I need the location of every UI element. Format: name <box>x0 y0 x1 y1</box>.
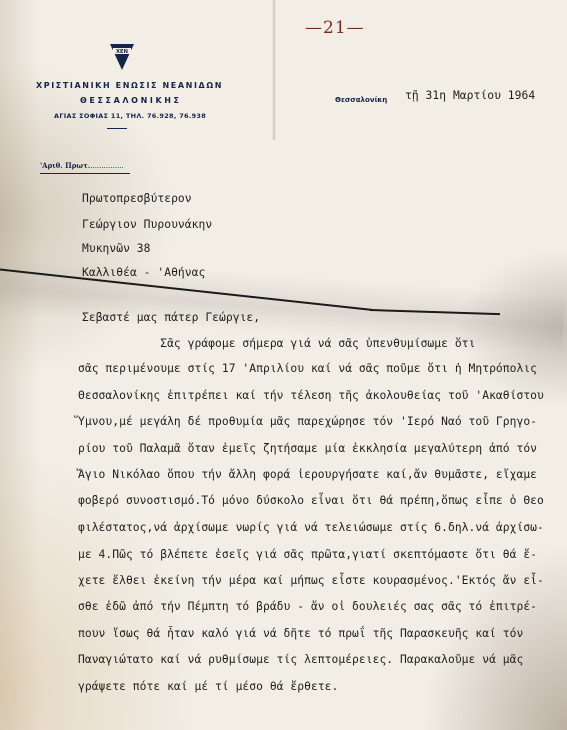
reference-rule <box>40 173 130 174</box>
body-line: Θεσσαλονίκης ἐπιτρέπει καί τήν τέλεση τῆ… <box>78 389 544 402</box>
place-label: Θεσσαλονίκη <box>335 96 387 104</box>
reference-label: 'Αριθ. Πρωτ. <box>40 161 90 170</box>
body-line: Ἅγιο Νικόλαο ὅπου τήν ἄλλη φορά ἱερουργή… <box>78 468 537 481</box>
paper-crease-vertical <box>272 0 276 140</box>
body-line: φοβερό συνοστισμό.Τό μόνο δύσκολο εἶναι … <box>78 494 544 507</box>
recipient-name: Γεώργιον Πυρουνάκην <box>82 218 212 231</box>
body-line: με 4.Πῶς τό βλέπετε ἐσεῖς γιά σᾶς πρῶτα,… <box>78 548 537 561</box>
body-line: Σᾶς γράφομε σήμερα γιά νά σᾶς ὑπενθυμίσω… <box>78 337 475 350</box>
recipient-city: Καλλιθέα - 'Αθήνας <box>82 266 205 279</box>
letterhead-address: ΑΓΙΑΣ ΣΟΦΙΑΣ 11, ΤΗΛ. 76.928, 76.938 <box>54 112 206 120</box>
letterhead-city: ΘΕΣΣΑΛΟΝΙΚΗΣ <box>80 96 182 105</box>
salutation: Σεβαστέ μας πάτερ Γεώργιε, <box>82 311 260 324</box>
body-line: ρίου τοῦ Παλαμᾶ ὅταν ἐμεῖς ζητήσαμε μία … <box>78 442 537 455</box>
body-line: χετε ἔλθει ἐκείνη τήν μέρα καί μήπως εἶσ… <box>78 574 544 587</box>
body-line: Παναγιώτατο καί νά ρυθμίσωμε τίς λεπτομέ… <box>78 653 523 666</box>
body-line: φιλέστατος,νά ἀρχίσωμε νωρίς γιά νά τελε… <box>78 521 544 534</box>
letterhead-rule <box>107 128 127 129</box>
reference-dots: ............... <box>90 162 123 170</box>
handwritten-page-number: —21— <box>305 18 365 38</box>
body-line: Ὕμνου,μέ μεγάλη δέ προθυμία μᾶς παρεχώρη… <box>78 415 537 428</box>
body-line: γράψετε πότε καί μέ τί μέσο θά ἔρθετε. <box>78 680 338 693</box>
recipient-title: Πρωτοπρεσβύτερον <box>82 192 192 205</box>
recipient-street: Μυκηνῶν 38 <box>82 242 151 255</box>
body-line: σθε ἐδῶ ἀπό τήν Πέμπτη τό βράδυ - ἄν οἱ … <box>78 600 537 613</box>
reference-number-field: 'Αριθ. Πρωτ................ <box>40 161 124 170</box>
body-line: σᾶς περιμένουμε στίς 17 'Απριλίου καί νά… <box>78 362 537 375</box>
svg-text:ΧΕΝ: ΧΕΝ <box>116 49 128 55</box>
letter-date: τῇ 31η Μαρτίου 1964 <box>405 89 535 102</box>
letterhead-organization: ΧΡΙΣΤΙΑΝΙΚΗ ΕΝΩΣΙΣ ΝΕΑΝΙΔΩΝ <box>36 81 223 90</box>
body-line: πουν ἴσως θά ἦταν καλό γιά νά δῆτε τό πρ… <box>78 627 523 640</box>
